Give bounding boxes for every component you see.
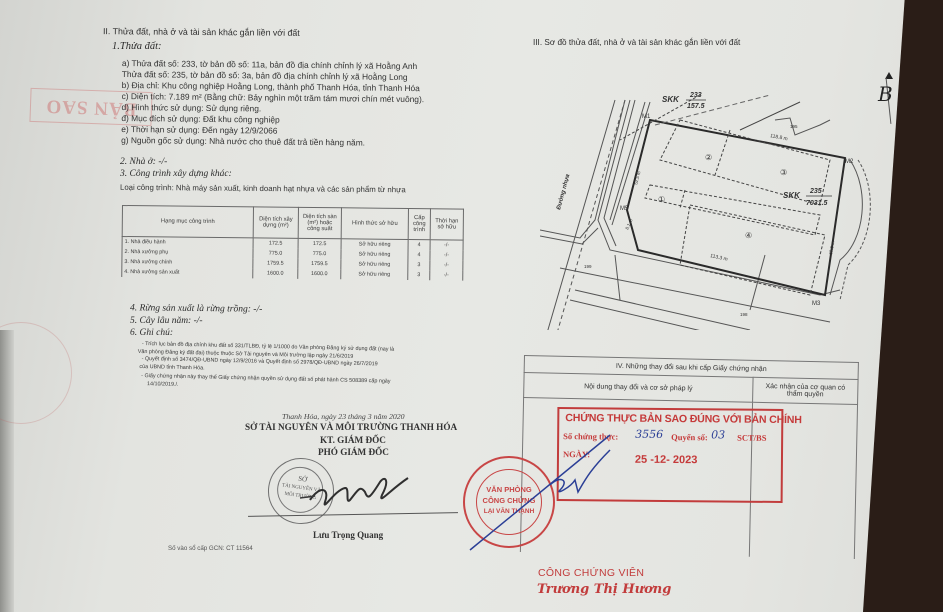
parcel-233-number: 233 <box>689 92 702 99</box>
house-line: 2. Nhà ở: -/- <box>120 157 167 167</box>
table-cell: 1759.5 <box>253 258 298 268</box>
marker-m2: M2 <box>845 159 854 165</box>
parcel-235-code: SKK <box>783 191 801 200</box>
parcel-235-area: 7031.5 <box>806 200 828 207</box>
col-build-area: Diện tích xây dựng (m²) <box>253 207 298 238</box>
table-cell: 1759.5 <box>298 259 341 269</box>
handwritten-signature <box>290 460 430 520</box>
col-term: Thời hạn sở hữu <box>430 209 463 240</box>
dim-113-3: 113.3 m <box>710 253 729 263</box>
table-cell: 775.0 <box>253 248 298 258</box>
dim-60: 60.0 m <box>828 241 835 256</box>
notary-name: Trương Thị Hương <box>537 582 671 597</box>
table-cell: 1600.0 <box>253 268 298 278</box>
cert-number-value: 3556 <box>635 428 663 441</box>
building-2: ② <box>705 153 712 162</box>
col-grade: Cấp công trình <box>408 209 430 240</box>
building-4: ④ <box>745 231 752 240</box>
works-table: Hạng mục công trình Diện tích xây dựng (… <box>121 205 464 281</box>
marker-m1: M1 <box>642 114 651 120</box>
cert-suffix: SCT/BS <box>737 433 766 443</box>
north-arrow: B <box>878 72 902 127</box>
forest-line: 4. Rừng sản xuất là rừng trồng: -/- <box>130 303 262 314</box>
col-floor-area: Diện tích sàn (m²) hoặc công suất <box>298 207 341 238</box>
notes-list: - Trích lục bản đồ địa chính khu đất số … <box>141 341 394 394</box>
notary-signature <box>460 430 620 560</box>
road-label: Đường nhựa <box>556 173 571 211</box>
signer-name: Lưu Trọng Quang <box>313 530 383 540</box>
cert-date-value: 25 -12- 2023 <box>635 454 697 467</box>
table-cell: -/- <box>430 260 463 270</box>
table-cell: 172.5 <box>253 238 298 249</box>
col-item: Hạng mục công trình <box>122 206 253 238</box>
table-cell: 172.5 <box>298 238 341 249</box>
land-heading: 1.Thửa đất: <box>112 41 161 52</box>
table-cell: 1600.0 <box>298 269 341 279</box>
dim-118-8: 118.8 m <box>770 133 789 142</box>
table-cell: 3 <box>408 270 430 280</box>
table-cell: 4. Nhà xưởng sản xuất <box>122 267 253 278</box>
parcel-233-area: 157.5 <box>687 103 705 110</box>
building-3: ③ <box>780 168 787 177</box>
signer-role-2: PHÓ GIÁM ĐỐC <box>318 447 389 457</box>
section-iii-title: III. Sơ đồ thửa đất, nhà ở và tài sản kh… <box>533 38 740 47</box>
table-cell: Sở hữu riêng <box>341 249 408 260</box>
certification-title: CHỨNG THỰC BẢN SAO ĐÚNG VỚI BẢN CHÍNH <box>565 412 801 426</box>
cert-book-label: Quyển số: <box>671 432 708 442</box>
changes-col-confirm: Xác nhận của cơ quan có thẩm quyền <box>753 377 859 404</box>
table-cell: Sở hữu riêng <box>341 269 408 280</box>
cert-book-value: 03 <box>711 428 725 441</box>
land-details: a) Thửa đất số: 233, tờ bản đồ số: 11a, … <box>121 58 424 149</box>
neighbor-199: 199 <box>584 264 592 269</box>
register-number: Số vào sổ cấp GCN: CT 11564 <box>168 545 253 552</box>
table-cell: 4 <box>408 239 430 250</box>
neighbor-195: 195 <box>790 124 798 129</box>
table-cell: 4 <box>408 250 430 260</box>
marker-m5: M5 <box>620 206 629 212</box>
signer-role-1: KT. GIÁM ĐỐC <box>320 435 386 445</box>
table-cell: -/- <box>430 250 463 260</box>
col-ownership: Hình thức sở hữu <box>341 208 408 240</box>
building-1: ① <box>658 195 665 204</box>
section-ii-title: II. Thửa đất, nhà ở và tài sản khác gắn … <box>103 26 300 38</box>
marker-m3: M3 <box>812 301 821 307</box>
north-label: B <box>878 82 893 106</box>
table-cell: -/- <box>430 270 463 280</box>
neighbor-198: 198 <box>740 312 748 317</box>
parcel-sketch: SKK 233 157.5 SKK 235 7031.5 M1 M2 M3 M5… <box>540 90 880 330</box>
table-cell: Sở hữu riêng <box>341 239 408 250</box>
dim-52-5: 52.5 m <box>633 170 641 185</box>
parcel-235-number: 235 <box>809 188 822 195</box>
other-works-heading: 3. Công trình xây dựng khác: <box>120 169 232 179</box>
agency-name: SỞ TÀI NGUYÊN VÀ MÔI TRƯỜNG THANH HÓA <box>245 422 457 432</box>
table-cell: 775.0 <box>298 249 341 259</box>
table-cell: 3 <box>408 260 430 270</box>
perennial-line: 5. Cây lâu năm: -/- <box>130 316 203 326</box>
parcel-233-code: SKK <box>662 95 680 104</box>
notes-heading: 6. Ghi chú: <box>130 328 173 338</box>
table-cell: Sở hữu riêng <box>341 259 408 270</box>
signature-date: Thanh Hóa, ngày 23 tháng 3 năm 2020 <box>282 412 405 421</box>
table-cell: -/- <box>430 240 463 251</box>
notary-title: CÔNG CHỨNG VIÊN <box>538 567 644 579</box>
